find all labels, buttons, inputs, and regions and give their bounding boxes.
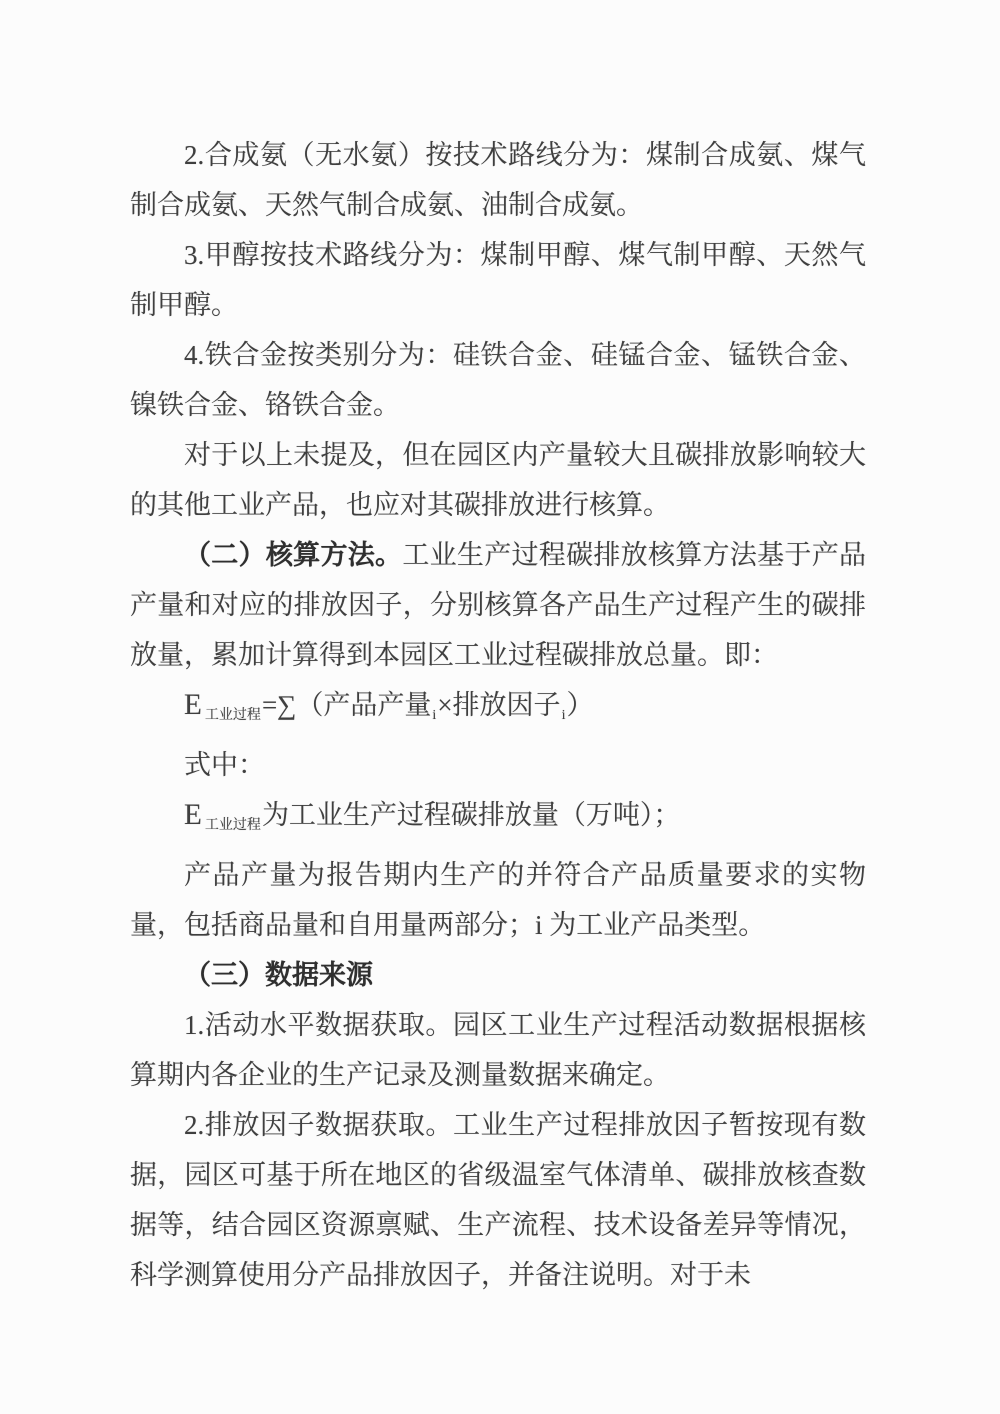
subscript-run: 工业过程 <box>204 817 262 833</box>
formula-line: E工业过程为工业生产过程碳排放量（万吨）； <box>130 790 866 850</box>
body-paragraph: 2.合成氨（无水氨）按技术路线分为：煤制合成氨、煤气制合成氨、天然气制合成氨、油… <box>130 130 866 230</box>
text-run: 式中： <box>184 750 265 780</box>
document-body: 2.合成氨（无水氨）按技术路线分为：煤制合成氨、煤气制合成氨、天然气制合成氨、油… <box>130 130 866 1300</box>
document-page: 2.合成氨（无水氨）按技术路线分为：煤制合成氨、煤气制合成氨、天然气制合成氨、油… <box>0 0 1000 1414</box>
text-run: 4.铁合金按类别分为：硅铁合金、硅锰合金、锰铁合金、镍铁合金、铬铁合金。 <box>130 340 866 420</box>
section-heading: （三）数据来源 <box>130 950 866 1000</box>
text-run: E <box>184 799 204 831</box>
text-run: ） <box>566 690 593 720</box>
text-run: 产品产量为报告期内生产的并符合产品质量要求的实物量，包括商品量和自用量两部分；i… <box>130 860 866 940</box>
body-paragraph: 3.甲醇按技术路线分为：煤制甲醇、煤气制甲醇、天然气制甲醇。 <box>130 230 866 330</box>
text-run: 2.排放因子数据获取。工业生产过程排放因子暂按现有数据，园区可基于所在地区的省级… <box>130 1110 866 1290</box>
body-paragraph: 2.排放因子数据获取。工业生产过程排放因子暂按现有数据，园区可基于所在地区的省级… <box>130 1100 866 1300</box>
body-paragraph: 产品产量为报告期内生产的并符合产品质量要求的实物量，包括商品量和自用量两部分；i… <box>130 850 866 950</box>
text-run: ×排放因子 <box>437 690 560 720</box>
text-run: 3.甲醇按技术路线分为：煤制甲醇、煤气制甲醇、天然气制甲醇。 <box>130 240 866 320</box>
text-run: 为工业生产过程碳排放量（万吨）； <box>262 800 681 830</box>
text-run: E <box>184 689 204 721</box>
formula-line: E工业过程=∑（产品产量i×排放因子i） <box>130 680 866 740</box>
text-run: 1.活动水平数据获取。园区工业生产过程活动数据根据核算期内各企业的生产记录及测量… <box>130 1010 866 1090</box>
body-paragraph: 对于以上未提及，但在园区内产量较大且碳排放影响较大的其他工业产品，也应对其碳排放… <box>130 430 866 530</box>
body-paragraph: 4.铁合金按类别分为：硅铁合金、硅锰合金、锰铁合金、镍铁合金、铬铁合金。 <box>130 330 866 430</box>
body-paragraph: 1.活动水平数据获取。园区工业生产过程活动数据根据核算期内各企业的生产记录及测量… <box>130 1000 866 1100</box>
bold-text-run: （三）数据来源 <box>184 960 373 990</box>
subscript-run: 工业过程 <box>204 707 262 723</box>
body-paragraph: （二）核算方法。工业生产过程碳排放核算方法基于产品产量和对应的排放因子，分别核算… <box>130 530 866 680</box>
body-paragraph: 式中： <box>130 740 866 790</box>
text-run: 对于以上未提及，但在园区内产量较大且碳排放影响较大的其他工业产品，也应对其碳排放… <box>130 440 866 520</box>
text-run: 2.合成氨（无水氨）按技术路线分为：煤制合成氨、煤气制合成氨、天然气制合成氨、油… <box>130 140 866 220</box>
text-run: =∑（产品产量 <box>262 690 431 720</box>
bold-text-run: （二）核算方法。 <box>184 540 402 570</box>
